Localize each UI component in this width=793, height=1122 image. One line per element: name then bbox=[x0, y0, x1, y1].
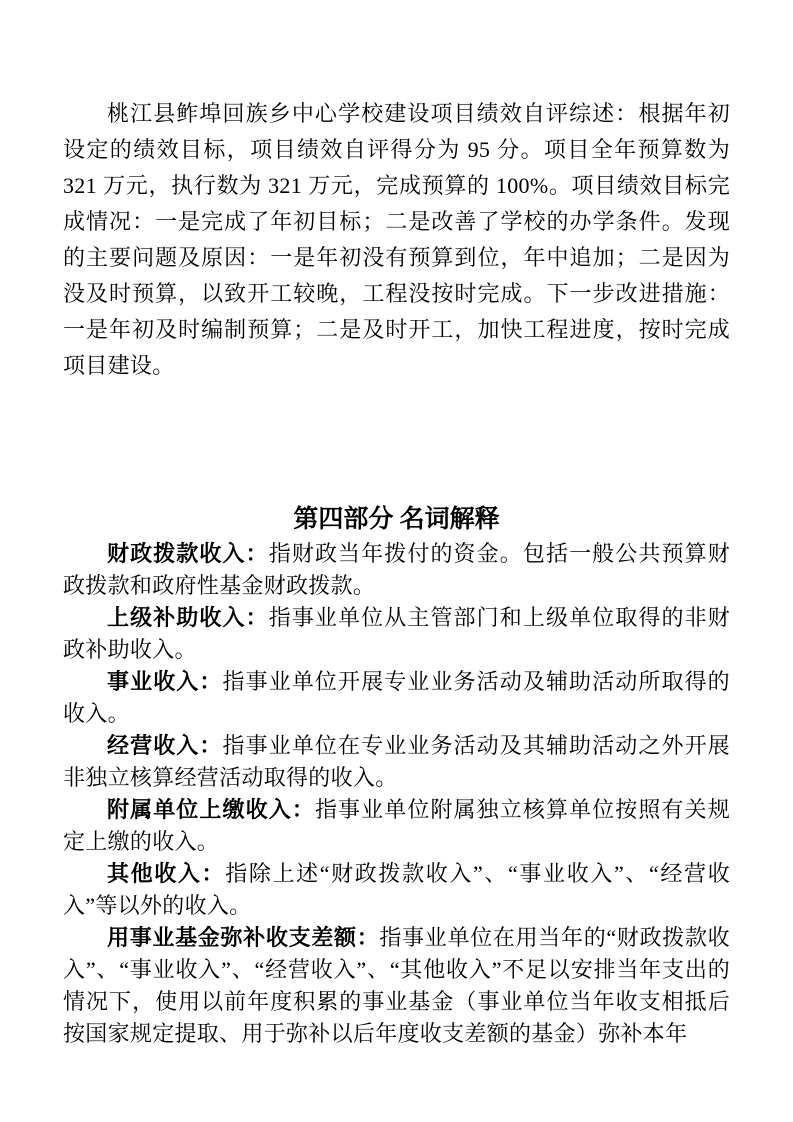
definition-term: 经营收入： bbox=[107, 733, 223, 758]
definition-paragraph: 附属单位上缴收入：指事业单位附属独立核算单位按照有关规定上缴的收入。 bbox=[63, 794, 730, 858]
definition-paragraph: 上级补助收入：指事业单位从主管部门和上级单位取得的非财政补助收入。 bbox=[63, 602, 730, 666]
definition-term: 用事业基金弥补收支差额： bbox=[107, 925, 379, 950]
definition-paragraph: 事业收入：指事业单位开展专业业务活动及辅助活动所取得的收入。 bbox=[63, 666, 730, 730]
definition-paragraph: 其他收入：指除上述“财政拨款收入”、“事业收入”、“经营收入”等以外的收入。 bbox=[63, 858, 730, 922]
definition-paragraph: 用事业基金弥补收支差额：指事业单位在用当年的“财政拨款收入”、“事业收入”、“经… bbox=[63, 922, 730, 1050]
definition-term: 事业收入： bbox=[107, 669, 223, 694]
section-heading: 第四部分 名词解释 bbox=[63, 504, 730, 536]
definition-term: 财政拨款收入： bbox=[107, 541, 269, 566]
definition-term: 附属单位上缴收入： bbox=[107, 797, 315, 822]
definition-paragraph: 财政拨款收入：指财政当年拨付的资金。包括一般公共预算财政拨款和政府性基金财政拨款… bbox=[63, 538, 730, 602]
document-page: 桃江县鲊埠回族乡中心学校建设项目绩效自评综述：根据年初设定的绩效目标，项目绩效自… bbox=[0, 0, 793, 1122]
summary-paragraph: 桃江县鲊埠回族乡中心学校建设项目绩效自评综述：根据年初设定的绩效目标，项目绩效自… bbox=[63, 96, 730, 384]
definition-paragraph: 经营收入：指事业单位在专业业务活动及其辅助活动之外开展非独立核算经营活动取得的收… bbox=[63, 730, 730, 794]
definition-term: 其他收入： bbox=[107, 861, 225, 886]
definition-term: 上级补助收入： bbox=[107, 605, 269, 630]
